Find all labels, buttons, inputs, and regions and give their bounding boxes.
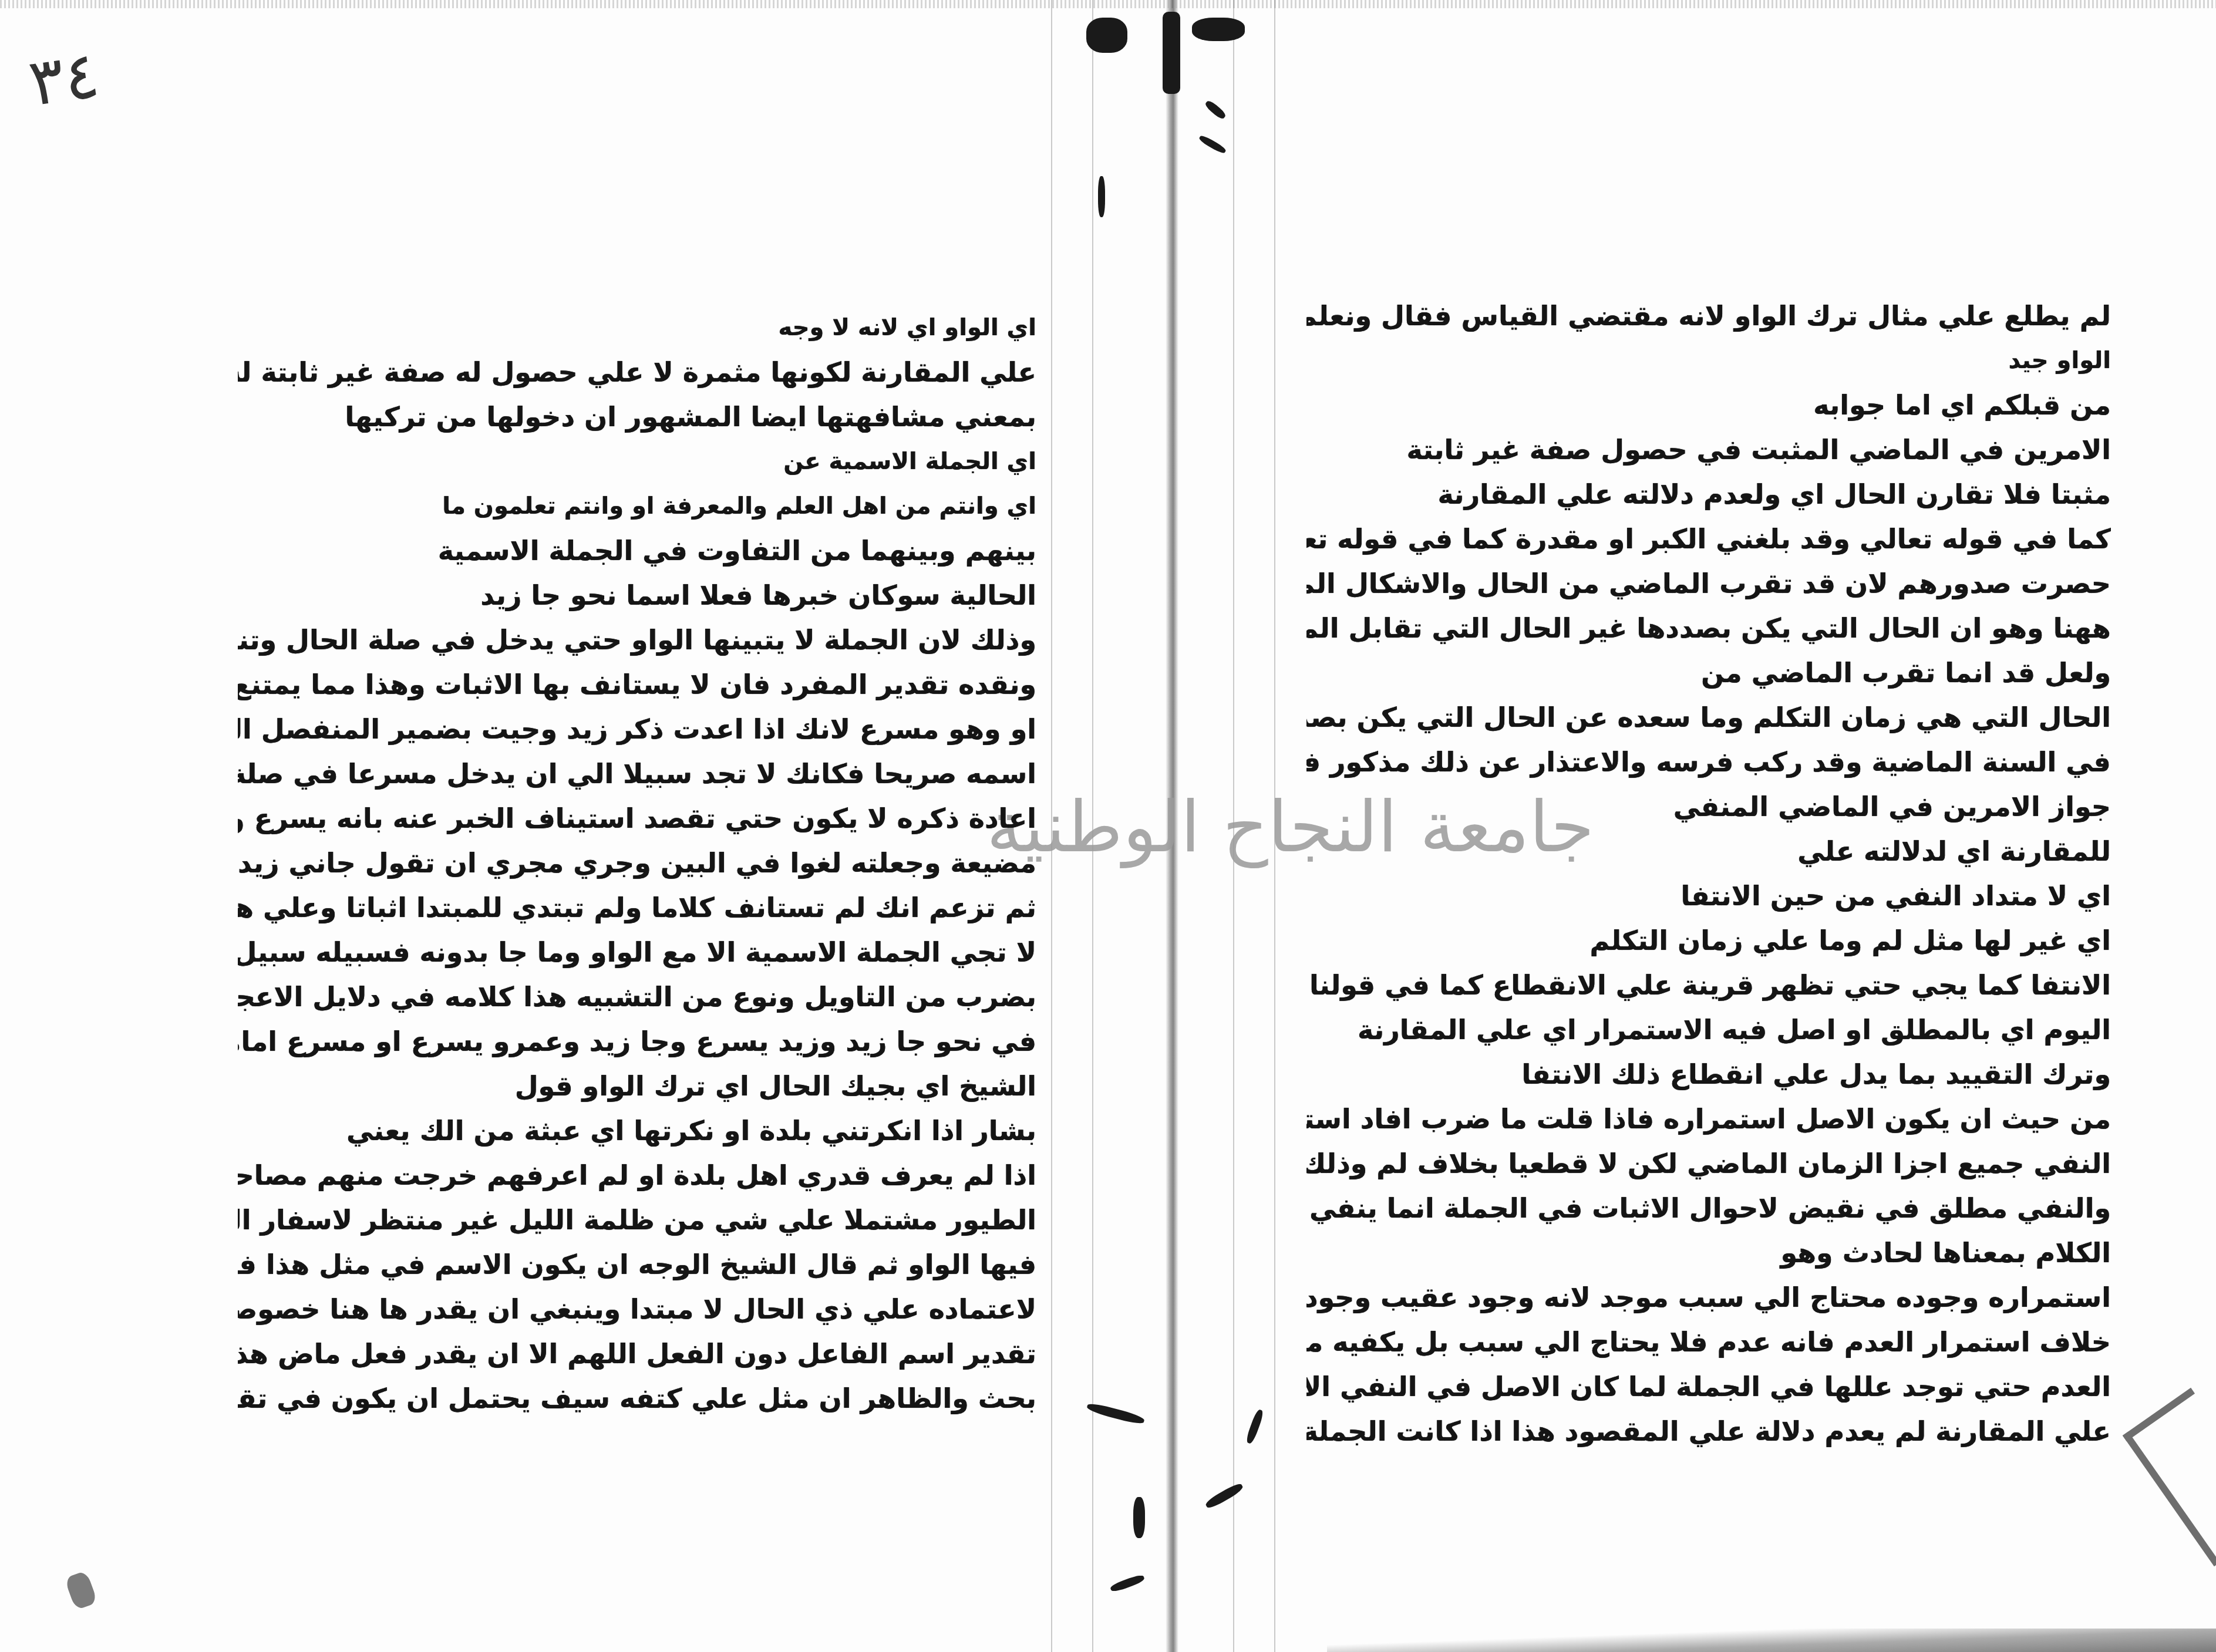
text-line: اي الواو اي لانه لا وجه	[238, 305, 1036, 350]
text-line: من قبلكم اي اما جوابه	[1306, 383, 2111, 427]
text-line: ولعل قد انما تقرب الماضي من	[1306, 650, 2111, 695]
text-line: علي المقارنة لم يعدم دلالة علي المقصود ه…	[1306, 1409, 2111, 1454]
text-line: علي المقارنة لكونها مثمرة لا علي حصول له…	[238, 350, 1036, 395]
text-line: في السنة الماضية وقد ركب فرسه والاعتذار …	[1306, 740, 2111, 784]
text-line: في نحو جا زيد وزيد يسرع وجا زيد وعمرو يس…	[238, 1019, 1036, 1064]
left-page-text: اي الواو اي لانه لا وجه علي المقارنة لكو…	[238, 305, 1036, 1421]
text-line: اي غير لها مثل لم وما علي زمان التكلم	[1306, 918, 2111, 963]
text-line: حصرت صدورهم لان قد تقرب الماضي من الحال …	[1306, 561, 2111, 606]
ink-blot	[1086, 18, 1127, 53]
ink-stroke	[1204, 99, 1227, 120]
text-line: بينهم وبينهما من التفاوت في الجملة الاسم…	[238, 528, 1036, 573]
text-line: مضيعة وجعلته لغوا في البين وجري مجري ان …	[238, 841, 1036, 885]
text-line: للمقارنة اي لدلالته علي	[1306, 829, 2111, 874]
text-line: الانتفا كما يجي حتي تظهر قرينة علي الانق…	[1306, 963, 2111, 1007]
text-line: اي وانتم من اهل العلم والمعرفة او وانتم …	[238, 484, 1036, 528]
text-line: وترك التقييد بما يدل علي انقطاع ذلك الان…	[1306, 1052, 2111, 1097]
text-line: اعادة ذكره لا يكون حتي تقصد استيناف الخب…	[238, 796, 1036, 841]
text-line: الشيخ اي بجيك الحال اي ترك الواو قول	[238, 1064, 1036, 1108]
text-line: بمعني مشافهتها ايضا المشهور ان دخولها من…	[238, 395, 1036, 439]
text-line: لم يطلع علي مثال ترك الواو لانه مقتضي ال…	[1306, 294, 2111, 338]
text-line: والنفي مطلق في نقيض لاحوال الاثبات في ال…	[1306, 1186, 2111, 1230]
text-line: الطيور مشتملا علي شي من ظلمة الليل غير م…	[238, 1198, 1036, 1242]
ink-stroke	[1198, 134, 1227, 154]
text-line: بشار اذا انكرتني بلدة او نكرتها اي عبثة …	[238, 1108, 1036, 1153]
ink-stroke	[1098, 176, 1105, 217]
text-line: اي لا متداد النفي من حين الانتفا	[1306, 874, 2111, 918]
text-line: او وهو مسرع لانك اذا اعدت ذكر زيد وجيت ب…	[238, 707, 1036, 751]
scan-top-edge	[0, 0, 2216, 8]
text-line: لا تجي الجملة الاسمية الا مع الواو وما ج…	[238, 930, 1036, 975]
text-line: الحالية سوكان خبرها فعلا اسما نحو جا زيد	[238, 573, 1036, 618]
text-line: لاعتماده علي ذي الحال لا مبتدا وينبغي ان…	[238, 1287, 1036, 1331]
ink-stroke	[1204, 1482, 1245, 1511]
ink-smudge	[64, 1570, 97, 1610]
text-line: اذا لم يعرف قدري اهل بلدة او لم اعرفهم خ…	[238, 1153, 1036, 1198]
text-line: فيها الواو ثم قال الشيخ الوجه ان يكون ال…	[238, 1242, 1036, 1287]
text-line: كما في قوله تعالي وقد بلغني الكبر او مقد…	[1306, 517, 2111, 561]
text-line: خلاف استمرار العدم فانه عدم فلا يحتاج ال…	[1306, 1320, 2111, 1364]
corner-fold-mark	[2123, 1388, 2216, 1566]
text-line: ثم تزعم انك لم تستانف كلاما ولم تبتدي لل…	[238, 885, 1036, 930]
text-line: بحث والظاهر ان مثل علي كتفه سيف يحتمل ان…	[238, 1376, 1036, 1421]
scan-bottom-shadow	[1327, 1629, 2216, 1652]
text-line: وذلك لان الجملة لا يتبينها الواو حتي يدخ…	[238, 618, 1036, 662]
text-line: اي الجملة الاسمية عن	[238, 439, 1036, 484]
text-line: العدم حتي توجد عللها في الجملة لما كان ا…	[1306, 1364, 2111, 1409]
text-line: اسمه صريحا فكانك لا تجد سبيلا الي ان يدخ…	[238, 751, 1036, 796]
manuscript-spread: ٣٤ جامعة النجاح الوطنية اي الواو اي لانه…	[0, 0, 2216, 1652]
text-line: تقدير اسم الفاعل دون الفعل اللهم الا ان …	[238, 1331, 1036, 1376]
folio-number: ٣٤	[25, 36, 104, 120]
text-line: مثبتا فلا تقارن الحال اي ولعدم دلالته عل…	[1306, 472, 2111, 517]
text-line: الامرين في الماضي المثبت في حصول صفة غير…	[1306, 427, 2111, 472]
ink-stroke	[1086, 1401, 1146, 1425]
text-line: الواو جيد	[1306, 338, 2111, 383]
ink-stroke	[1109, 1573, 1145, 1593]
text-line: النفي جميع اجزا الزمان الماضي لكن لا قطع…	[1306, 1141, 2111, 1186]
text-line: جواز الامرين في الماضي المنفي	[1306, 784, 2111, 829]
ink-stroke	[1245, 1408, 1265, 1444]
ink-blot	[1192, 18, 1245, 41]
text-line: اليوم اي بالمطلق او اصل فيه الاستمرار اي…	[1306, 1007, 2111, 1052]
text-line: الحال التي هي زمان التكلم وما سعده عن ال…	[1306, 695, 2111, 740]
right-page-text: لم يطلع علي مثال ترك الواو لانه مقتضي ال…	[1306, 294, 2111, 1454]
text-line: ونقده تقدير المفرد فان لا يستانف بها الا…	[238, 662, 1036, 707]
text-line: ههنا وهو ان الحال التي يكن بصددها غير ال…	[1306, 606, 2111, 650]
text-line: بضرب من التاويل ونوع من التشبيه هذا كلام…	[238, 975, 1036, 1019]
text-line: من حيث ان يكون الاصل استمراره فاذا قلت م…	[1306, 1097, 2111, 1141]
text-line: الكلام بمعناها لحادث وهو	[1306, 1230, 2111, 1275]
text-line: استمراره وجوده محتاج الي سبب موجد لانه و…	[1306, 1275, 2111, 1320]
ink-stroke	[1133, 1497, 1145, 1538]
ink-stroke	[1163, 12, 1180, 94]
